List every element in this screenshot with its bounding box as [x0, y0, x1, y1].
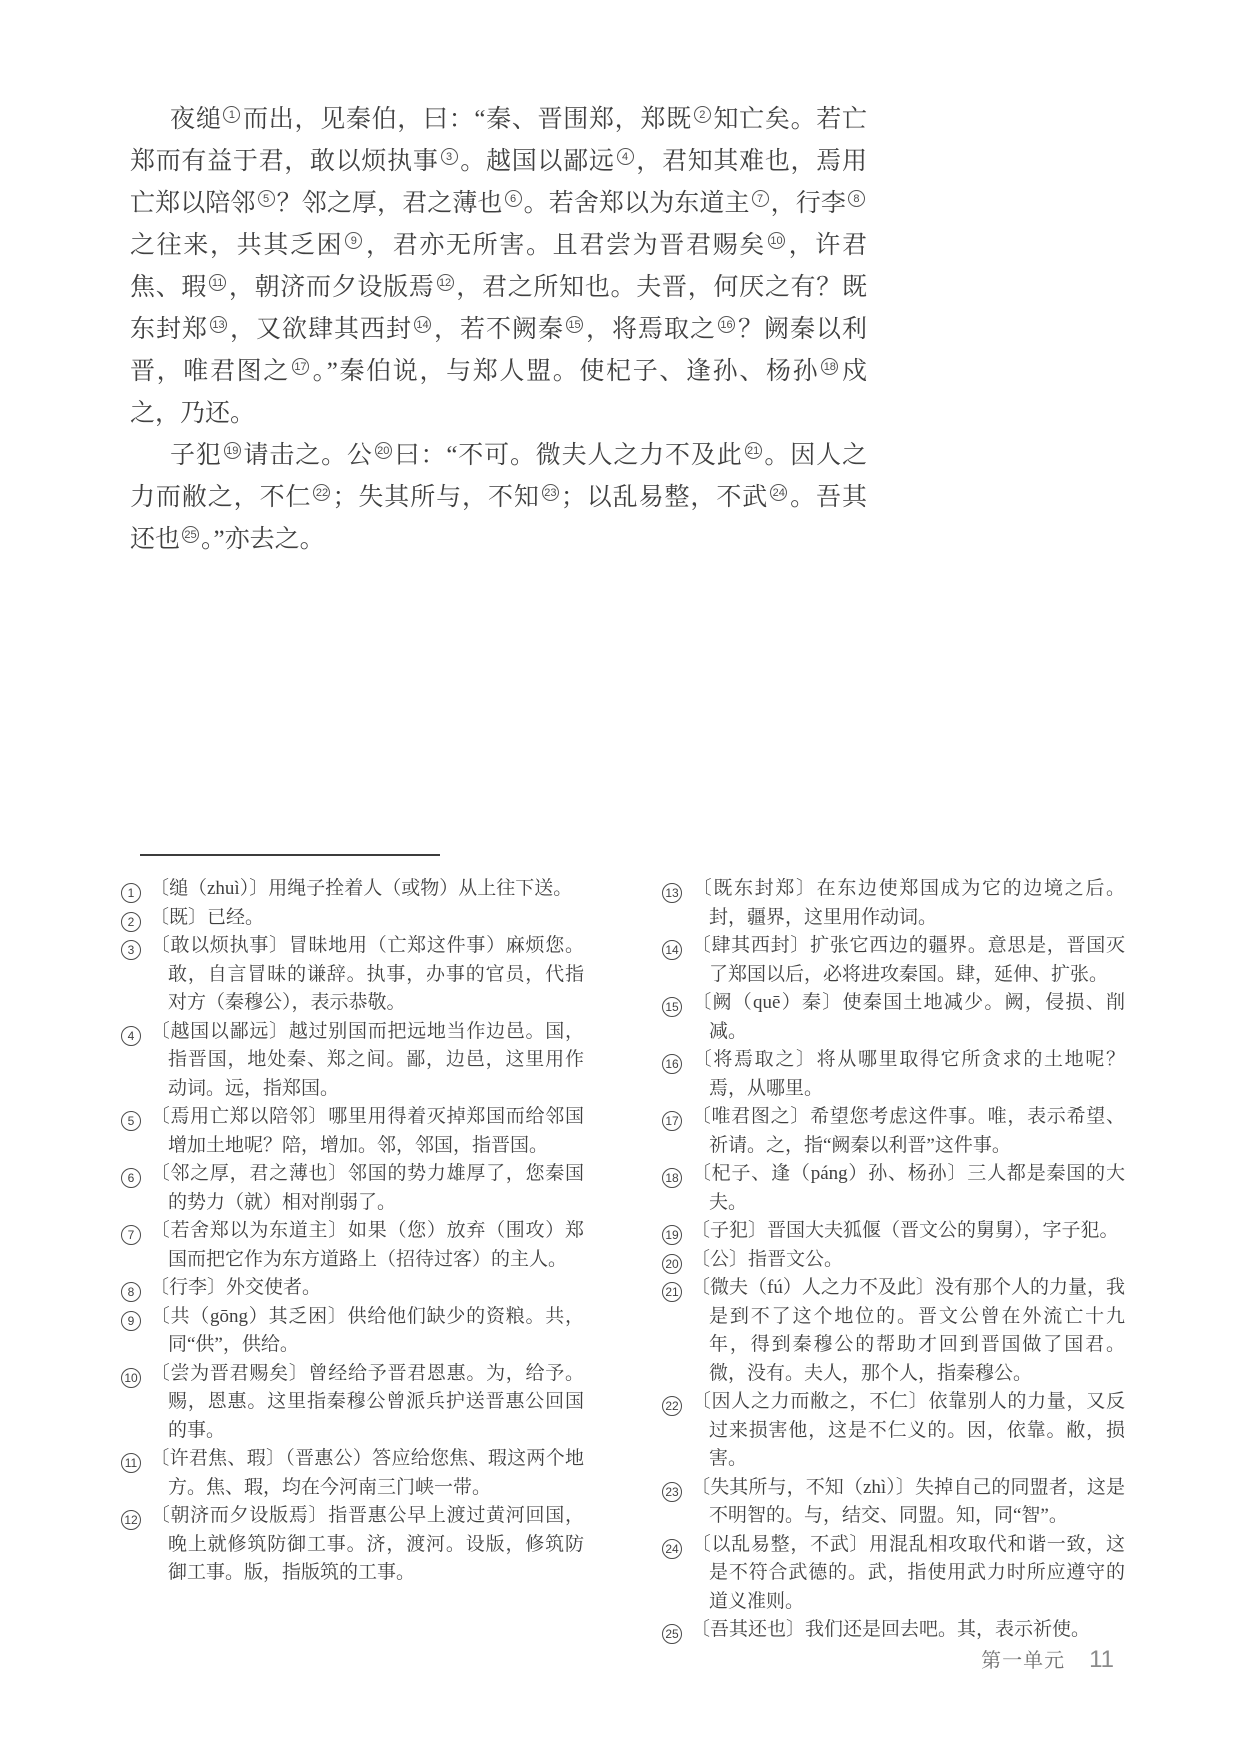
footnote-number: 22: [662, 1396, 682, 1416]
footnote-item: 22〔因人之力而敝之，不仁〕依靠别人的力量，又反过来损害他，这是不仁义的。因，依…: [662, 1388, 1125, 1474]
footnotes-right-column: 13〔既东封郑〕在东边使郑国成为它的边境之后。封，疆界，这里用作动词。14〔肆其…: [662, 875, 1125, 1645]
footnote-item: 13〔既东封郑〕在东边使郑国成为它的边境之后。封，疆界，这里用作动词。: [662, 875, 1125, 932]
footnote-number: 11: [121, 1453, 141, 1473]
footnote-item: 21〔微夫（fú）人之力不及此〕没有那个人的力量，我是到不了这个地位的。晋文公曾…: [662, 1274, 1125, 1388]
footnote-item: 1〔缒（zhuì）〕用绳子拴着人（或物）从上往下送。: [121, 875, 584, 904]
footnote-ref-marker: 4: [617, 148, 634, 165]
footnote-item: 12〔朝济而夕设版焉〕指晋惠公早上渡过黄河回国，晚上就修筑防御工事。济，渡河。设…: [121, 1502, 584, 1588]
footnote-ref-marker: 3: [441, 148, 458, 165]
footnote-number: 12: [121, 1510, 141, 1530]
footnote-ref-marker: 1: [223, 106, 240, 123]
footnote-number: 5: [121, 1111, 141, 1131]
footnote-ref-marker: 24: [770, 484, 787, 501]
footnote-item: 7〔若舍郑以为东道主〕如果（您）放弃（围攻）郑国而把它作为东方道路上（招待过客）…: [121, 1217, 584, 1274]
footnote-text: 〔唯君图之〕希望您考虑这件事。唯，表示希望、祈请。之，指“阙秦以利晋”这件事。: [691, 1106, 1125, 1156]
main-text: 夜缒1而出，见秦伯，曰：“秦、晋围郑，郑既2知亡矣。若亡郑而有益于君，敢以烦执事…: [130, 99, 867, 561]
footnote-text: 〔共（gōng）其乏困〕供给他们缺少的资粮。共，同“供”，供给。: [150, 1306, 584, 1356]
page-number: 11: [1089, 1646, 1114, 1674]
footnote-ref-marker: 25: [182, 526, 199, 543]
footnote-text: 〔阙（quē）秦〕使秦国土地减少。阙，侵损、削减。: [691, 992, 1125, 1042]
footnote-number: 25: [662, 1624, 682, 1644]
footnote-number: 7: [121, 1225, 141, 1245]
footnote-ref-marker: 16: [718, 316, 735, 333]
footnote-ref-marker: 20: [375, 442, 392, 459]
footnote-number: 19: [662, 1225, 682, 1245]
footnote-ref-marker: 7: [752, 190, 769, 207]
footnote-number: 6: [121, 1168, 141, 1188]
paragraph: 子犯19请击之。公20曰：“不可。微夫人之力不及此21。因人之力而敝之，不仁22…: [130, 435, 867, 561]
footnote-item: 9〔共（gōng）其乏困〕供给他们缺少的资粮。共，同“供”，供给。: [121, 1303, 584, 1360]
footnote-number: 15: [662, 997, 682, 1017]
footnote-item: 14〔肆其西封〕扩张它西边的疆界。意思是，晋国灭了郑国以后，必将进攻秦国。肆，延…: [662, 932, 1125, 989]
footnote-ref-marker: 22: [313, 484, 330, 501]
footnote-item: 15〔阙（quē）秦〕使秦国土地减少。阙，侵损、削减。: [662, 989, 1125, 1046]
footnote-item: 8〔行李〕外交使者。: [121, 1274, 584, 1303]
footnote-text: 〔肆其西封〕扩张它西边的疆界。意思是，晋国灭了郑国以后，必将进攻秦国。肆，延伸、…: [691, 935, 1125, 985]
footnote-ref-marker: 14: [414, 316, 431, 333]
footnote-item: 3〔敢以烦执事〕冒昧地用（亡郑这件事）麻烦您。敢，自言冒昧的谦辞。执事，办事的官…: [121, 932, 584, 1018]
footnote-text: 〔既〕已经。: [150, 907, 264, 928]
footnote-item: 25〔吾其还也〕我们还是回去吧。其，表示祈使。: [662, 1616, 1125, 1645]
paragraph: 夜缒1而出，见秦伯，曰：“秦、晋围郑，郑既2知亡矣。若亡郑而有益于君，敢以烦执事…: [130, 99, 867, 435]
footnote-ref-marker: 5: [258, 190, 275, 207]
footnote-item: 18〔杞子、逢（páng）孙、杨孙〕三人都是秦国的大夫。: [662, 1160, 1125, 1217]
footnote-item: 5〔焉用亡郑以陪邻〕哪里用得着灭掉郑国而给邻国增加土地呢？陪，增加。邻，邻国，指…: [121, 1103, 584, 1160]
footnote-ref-marker: 9: [345, 232, 362, 249]
footnote-text: 〔公〕指晋文公。: [691, 1249, 843, 1270]
footnote-number: 24: [662, 1539, 682, 1559]
footnote-number: 13: [662, 883, 682, 903]
footnote-item: 2〔既〕已经。: [121, 904, 584, 933]
footnote-number: 14: [662, 940, 682, 960]
footnote-number: 18: [662, 1168, 682, 1188]
footnote-text: 〔敢以烦执事〕冒昧地用（亡郑这件事）麻烦您。敢，自言冒昧的谦辞。执事，办事的官员…: [150, 935, 584, 1013]
footnotes-left-column: 1〔缒（zhuì）〕用绳子拴着人（或物）从上往下送。2〔既〕已经。3〔敢以烦执事…: [121, 875, 584, 1645]
footnote-ref-marker: 15: [566, 316, 583, 333]
footnote-number: 9: [121, 1311, 141, 1331]
footnote-text: 〔将焉取之〕将从哪里取得它所贪求的土地呢？焉，从哪里。: [691, 1049, 1125, 1099]
footnote-item: 20〔公〕指晋文公。: [662, 1246, 1125, 1275]
footnote-text: 〔若舍郑以为东道主〕如果（您）放弃（围攻）郑国而把它作为东方道路上（招待过客）的…: [150, 1220, 584, 1270]
footnote-text: 〔朝济而夕设版焉〕指晋惠公早上渡过黄河回国，晚上就修筑防御工事。济，渡河。设版，…: [150, 1505, 584, 1583]
footnote-ref-marker: 21: [745, 442, 762, 459]
textbook-page: 夜缒1而出，见秦伯，曰：“秦、晋围郑，郑既2知亡矣。若亡郑而有益于君，敢以烦执事…: [0, 0, 1240, 1754]
footnote-item: 11〔许君焦、瑕〕（晋惠公）答应给您焦、瑕这两个地方。焦、瑕，均在今河南三门峡一…: [121, 1445, 584, 1502]
footnote-text: 〔子犯〕晋国大夫狐偃（晋文公的舅舅），字子犯。: [691, 1220, 1119, 1241]
footnote-number: 8: [121, 1282, 141, 1302]
footnote-text: 〔失其所与，不知（zhì）〕失掉自己的同盟者，这是不明智的。与，结交、同盟。知，…: [691, 1477, 1125, 1527]
footnote-number: 1: [121, 883, 141, 903]
footnote-number: 17: [662, 1111, 682, 1131]
footnote-number: 3: [121, 940, 141, 960]
footnote-text: 〔吾其还也〕我们还是回去吧。其，表示祈使。: [691, 1619, 1090, 1640]
footnote-ref-marker: 19: [224, 442, 241, 459]
footnote-text: 〔杞子、逢（páng）孙、杨孙〕三人都是秦国的大夫。: [691, 1163, 1125, 1213]
footnote-number: 21: [662, 1282, 682, 1302]
footnote-item: 24〔以乱易整，不武〕用混乱相攻取代和谐一致，这是不符合武德的。武，指使用武力时…: [662, 1531, 1125, 1617]
footnote-number: 23: [662, 1482, 682, 1502]
footnote-ref-marker: 17: [292, 358, 309, 375]
footnote-number: 2: [121, 912, 141, 932]
footnote-text: 〔因人之力而敝之，不仁〕依靠别人的力量，又反过来损害他，这是不仁义的。因，依靠。…: [691, 1391, 1125, 1469]
footnote-text: 〔焉用亡郑以陪邻〕哪里用得着灭掉郑国而给邻国增加土地呢？陪，增加。邻，邻国，指晋…: [150, 1106, 584, 1156]
footnote-ref-marker: 23: [542, 484, 559, 501]
footnote-number: 16: [662, 1054, 682, 1074]
footnote-ref-marker: 10: [768, 232, 785, 249]
footnotes-section: 1〔缒（zhuì）〕用绳子拴着人（或物）从上往下送。2〔既〕已经。3〔敢以烦执事…: [121, 875, 1125, 1645]
footnote-ref-marker: 2: [694, 106, 711, 123]
footnote-text: 〔邻之厚，君之薄也〕邻国的势力雄厚了，您秦国的势力（就）相对削弱了。: [150, 1163, 584, 1213]
footnote-ref-marker: 18: [821, 358, 838, 375]
footnote-text: 〔尝为晋君赐矣〕曾经给予晋君恩惠。为，给予。赐，恩惠。这里指秦穆公曾派兵护送晋惠…: [150, 1363, 584, 1441]
footnote-ref-marker: 8: [848, 190, 865, 207]
footnote-text: 〔以乱易整，不武〕用混乱相攻取代和谐一致，这是不符合武德的。武，指使用武力时所应…: [691, 1534, 1125, 1612]
footnote-number: 20: [662, 1254, 682, 1274]
footnote-ref-marker: 12: [437, 274, 454, 291]
footnote-text: 〔行李〕外交使者。: [150, 1277, 321, 1298]
page-footer: 第一单元 11: [981, 1644, 1114, 1674]
footnote-number: 4: [121, 1026, 141, 1046]
footnote-text: 〔既东封郑〕在东边使郑国成为它的边境之后。封，疆界，这里用作动词。: [691, 878, 1125, 928]
footnote-text: 〔许君焦、瑕〕（晋惠公）答应给您焦、瑕这两个地方。焦、瑕，均在今河南三门峡一带。: [150, 1448, 584, 1498]
footnote-ref-marker: 11: [209, 274, 226, 291]
footnote-item: 6〔邻之厚，君之薄也〕邻国的势力雄厚了，您秦国的势力（就）相对削弱了。: [121, 1160, 584, 1217]
footnote-item: 19〔子犯〕晋国大夫狐偃（晋文公的舅舅），字子犯。: [662, 1217, 1125, 1246]
footnote-item: 17〔唯君图之〕希望您考虑这件事。唯，表示希望、祈请。之，指“阙秦以利晋”这件事…: [662, 1103, 1125, 1160]
footnote-text: 〔微夫（fú）人之力不及此〕没有那个人的力量，我是到不了这个地位的。晋文公曾在外…: [691, 1277, 1125, 1384]
unit-label: 第一单元: [981, 1644, 1065, 1673]
footnote-text: 〔越国以鄙远〕越过别国而把远地当作边邑。国，指晋国，地处秦、郑之间。鄙，边邑，这…: [150, 1021, 584, 1099]
footnote-divider: [140, 854, 440, 856]
footnote-item: 16〔将焉取之〕将从哪里取得它所贪求的土地呢？焉，从哪里。: [662, 1046, 1125, 1103]
footnote-ref-marker: 13: [210, 316, 227, 333]
footnote-item: 4〔越国以鄙远〕越过别国而把远地当作边邑。国，指晋国，地处秦、郑之间。鄙，边邑，…: [121, 1018, 584, 1104]
footnote-ref-marker: 6: [505, 190, 522, 207]
footnote-text: 〔缒（zhuì）〕用绳子拴着人（或物）从上往下送。: [150, 878, 572, 899]
footnote-item: 10〔尝为晋君赐矣〕曾经给予晋君恩惠。为，给予。赐，恩惠。这里指秦穆公曾派兵护送…: [121, 1360, 584, 1446]
footnote-number: 10: [121, 1368, 141, 1388]
footnote-item: 23〔失其所与，不知（zhì）〕失掉自己的同盟者，这是不明智的。与，结交、同盟。…: [662, 1474, 1125, 1531]
